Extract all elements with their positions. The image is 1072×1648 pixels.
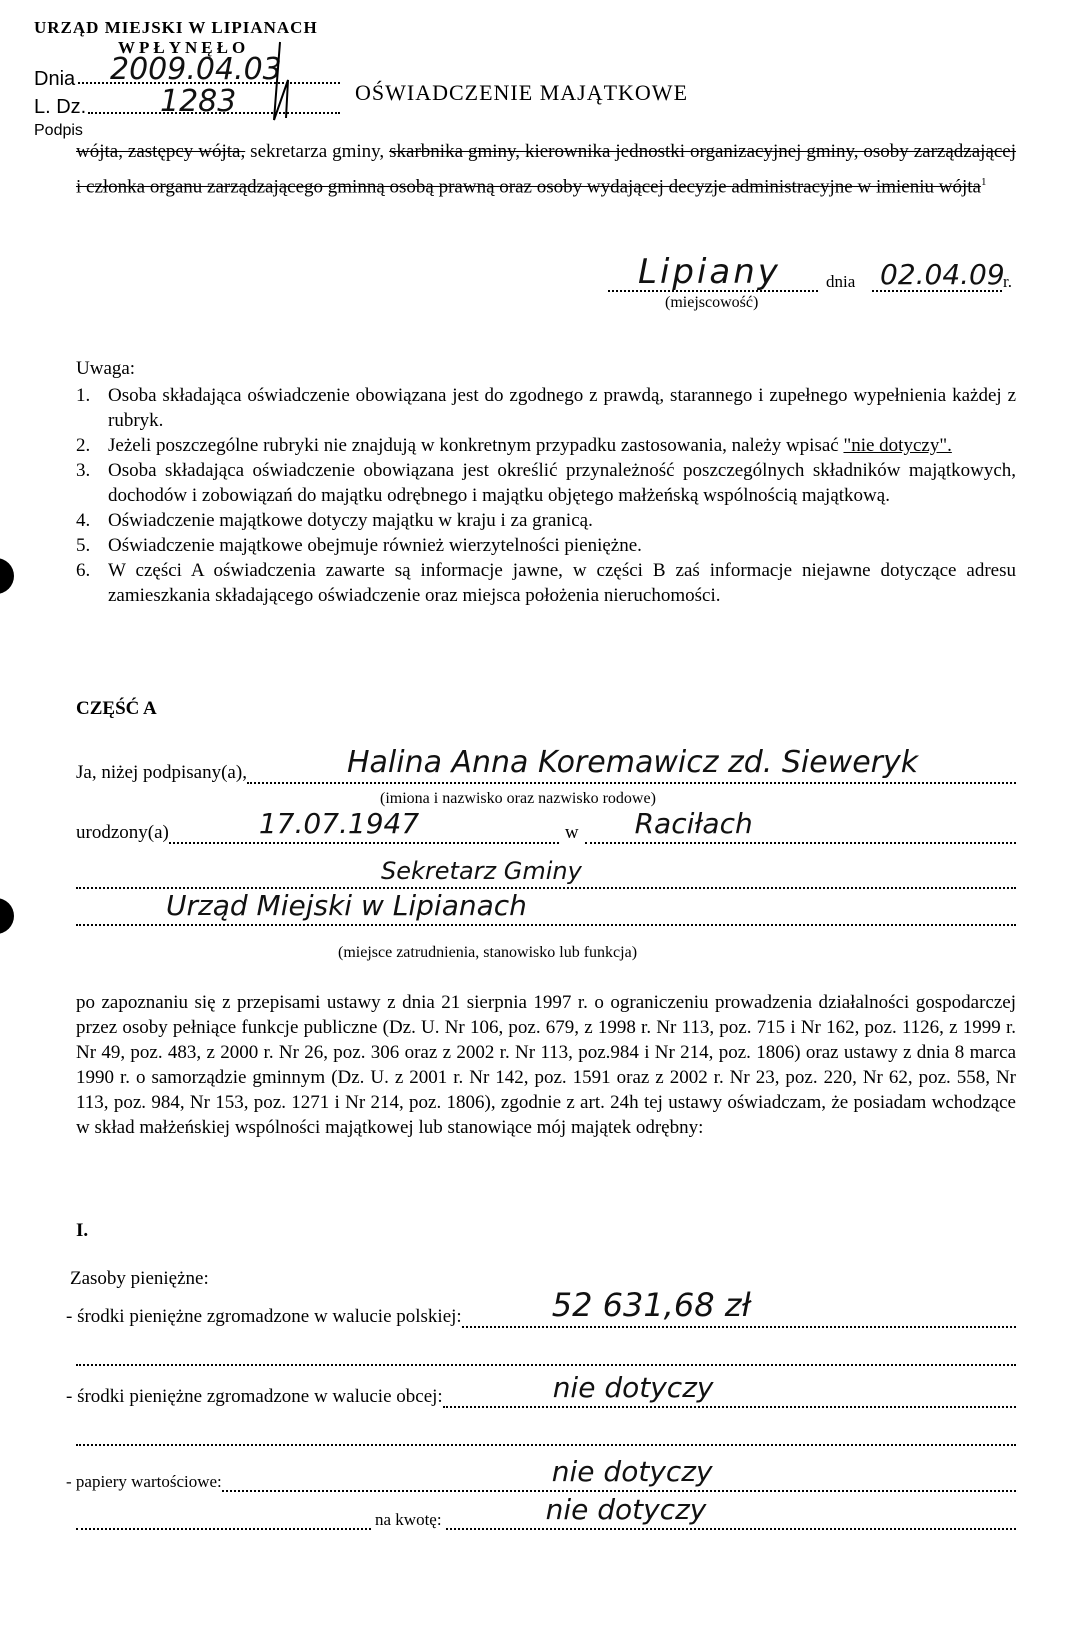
stamp-date-value: 2009.04.03 [110, 52, 282, 87]
part-a-heading: CZĘŚĆ A [76, 698, 157, 720]
subtitle-kept-text: sekretarza gminy, [250, 141, 384, 162]
securities-row: - papiery wartościowe: nie dotyczy [66, 1468, 1016, 1492]
year-suffix: r. [1003, 272, 1012, 292]
pln-value: 52 631,68 zł [552, 1286, 751, 1324]
pln-label: - środki pieniężne zgromadzone w walucie… [66, 1306, 462, 1328]
pln-row: - środki pieniężne zgromadzone w walucie… [66, 1304, 1016, 1328]
pln-continuation-field [76, 1364, 1016, 1366]
job-row-2: Urząd Miejski w Lipianach [76, 902, 1016, 926]
securities-field: nie dotyczy [222, 1468, 1016, 1492]
document-title: OŚWIADCZENIE MAJĄTKOWE [355, 80, 688, 106]
amount-row: na kwotę: nie dotyczy [76, 1506, 1016, 1530]
amount-field: nie dotyczy [446, 1506, 1016, 1530]
notes-heading: Uwaga: [76, 358, 135, 380]
born-date-field: 17.07.1947 [169, 820, 559, 844]
note-item: 5.Oświadczenie majątkowe obejmuje równie… [76, 533, 1016, 558]
stamp-office: URZĄD MIEJSKI W LIPIANACH [34, 18, 318, 38]
born-place-field: Raciłach [585, 820, 1016, 844]
note-item: 3.Osoba składająca oświadczenie obowiąza… [76, 458, 1016, 508]
subtitle-struck-text: wójta, zastępcy wójta, [76, 141, 245, 162]
born-in-label: w [565, 822, 579, 844]
notes-list: 1.Osoba składająca oświadczenie obowiąza… [76, 383, 1016, 608]
stamp-number-label: L. Dz. [34, 96, 86, 119]
declaration-text: po zapoznaniu się z przepisami ustawy z … [76, 990, 1016, 1140]
signed-caption: (imiona i nazwisko oraz nazwisko rodowe) [380, 790, 656, 808]
amount-prefix-field [76, 1506, 371, 1530]
foreign-field: nie dotyczy [443, 1384, 1016, 1408]
amount-label: na kwotę: [375, 1510, 442, 1530]
section-1-heading: I. [76, 1220, 88, 1242]
pln-field: 52 631,68 zł [462, 1304, 1016, 1328]
job-field-1: Sekretarz Gminy [76, 865, 1016, 889]
foreign-row: - środki pieniężne zgromadzone w walucie… [66, 1384, 1016, 1408]
job-row-1: Sekretarz Gminy [76, 865, 1016, 889]
job-field-2: Urząd Miejski w Lipianach [76, 902, 1016, 926]
punch-hole-mark [0, 898, 14, 934]
securities-label: - papiery wartościowe: [66, 1472, 222, 1492]
securities-value: nie dotyczy [552, 1455, 713, 1488]
footnote-mark: 1 [981, 176, 987, 188]
foreign-value: nie dotyczy [553, 1371, 714, 1404]
signed-label: Ja, niżej podpisany(a), [76, 762, 247, 784]
note-item: 1.Osoba składająca oświadczenie obowiąza… [76, 383, 1016, 433]
signed-value: Halina Anna Koremawicz zd. Sieweryk [347, 745, 918, 780]
job-value-1: Sekretarz Gminy [381, 857, 582, 885]
stamp-date-label: Dnia [34, 68, 75, 91]
born-row: urodzony(a) 17.07.1947 w Raciłach [76, 820, 1016, 844]
foreign-continuation-field [76, 1444, 1016, 1446]
amount-value: nie dotyczy [546, 1493, 707, 1526]
born-date-value: 17.07.1947 [259, 807, 419, 840]
born-place-value: Raciłach [635, 807, 753, 840]
born-label: urodzony(a) [76, 822, 169, 844]
stamp-number-value: 1283 [160, 84, 236, 119]
place-caption: (miejscowość) [665, 294, 758, 312]
signed-field: Halina Anna Koremawicz zd. Sieweryk [247, 760, 1016, 784]
punch-hole-mark [0, 558, 14, 594]
date-value: 02.04.09 [880, 258, 1005, 291]
date-label: dnia [826, 272, 855, 292]
note-item: 2.Jeżeli poszczególne rubryki nie znajdu… [76, 433, 1016, 458]
foreign-label: - środki pieniężne zgromadzone w walucie… [66, 1386, 443, 1408]
section-1-subheading: Zasoby pieniężne: [70, 1268, 209, 1290]
office-subtitle: wójta, zastępcy wójta, sekretarza gminy,… [76, 136, 1016, 202]
signed-row: Ja, niżej podpisany(a), Halina Anna Kore… [76, 760, 1016, 784]
note-item: 4.Oświadczenie majątkowe dotyczy majątku… [76, 508, 1016, 533]
stamp-signature-icon [270, 40, 292, 122]
job-caption: (miejsce zatrudnienia, stanowisko lub fu… [338, 944, 637, 962]
note-item: 6.W części A oświadczenia zawarte są inf… [76, 558, 1016, 608]
job-value-2: Urząd Miejski w Lipianach [166, 889, 527, 922]
place-value: Lipiany [638, 252, 781, 292]
